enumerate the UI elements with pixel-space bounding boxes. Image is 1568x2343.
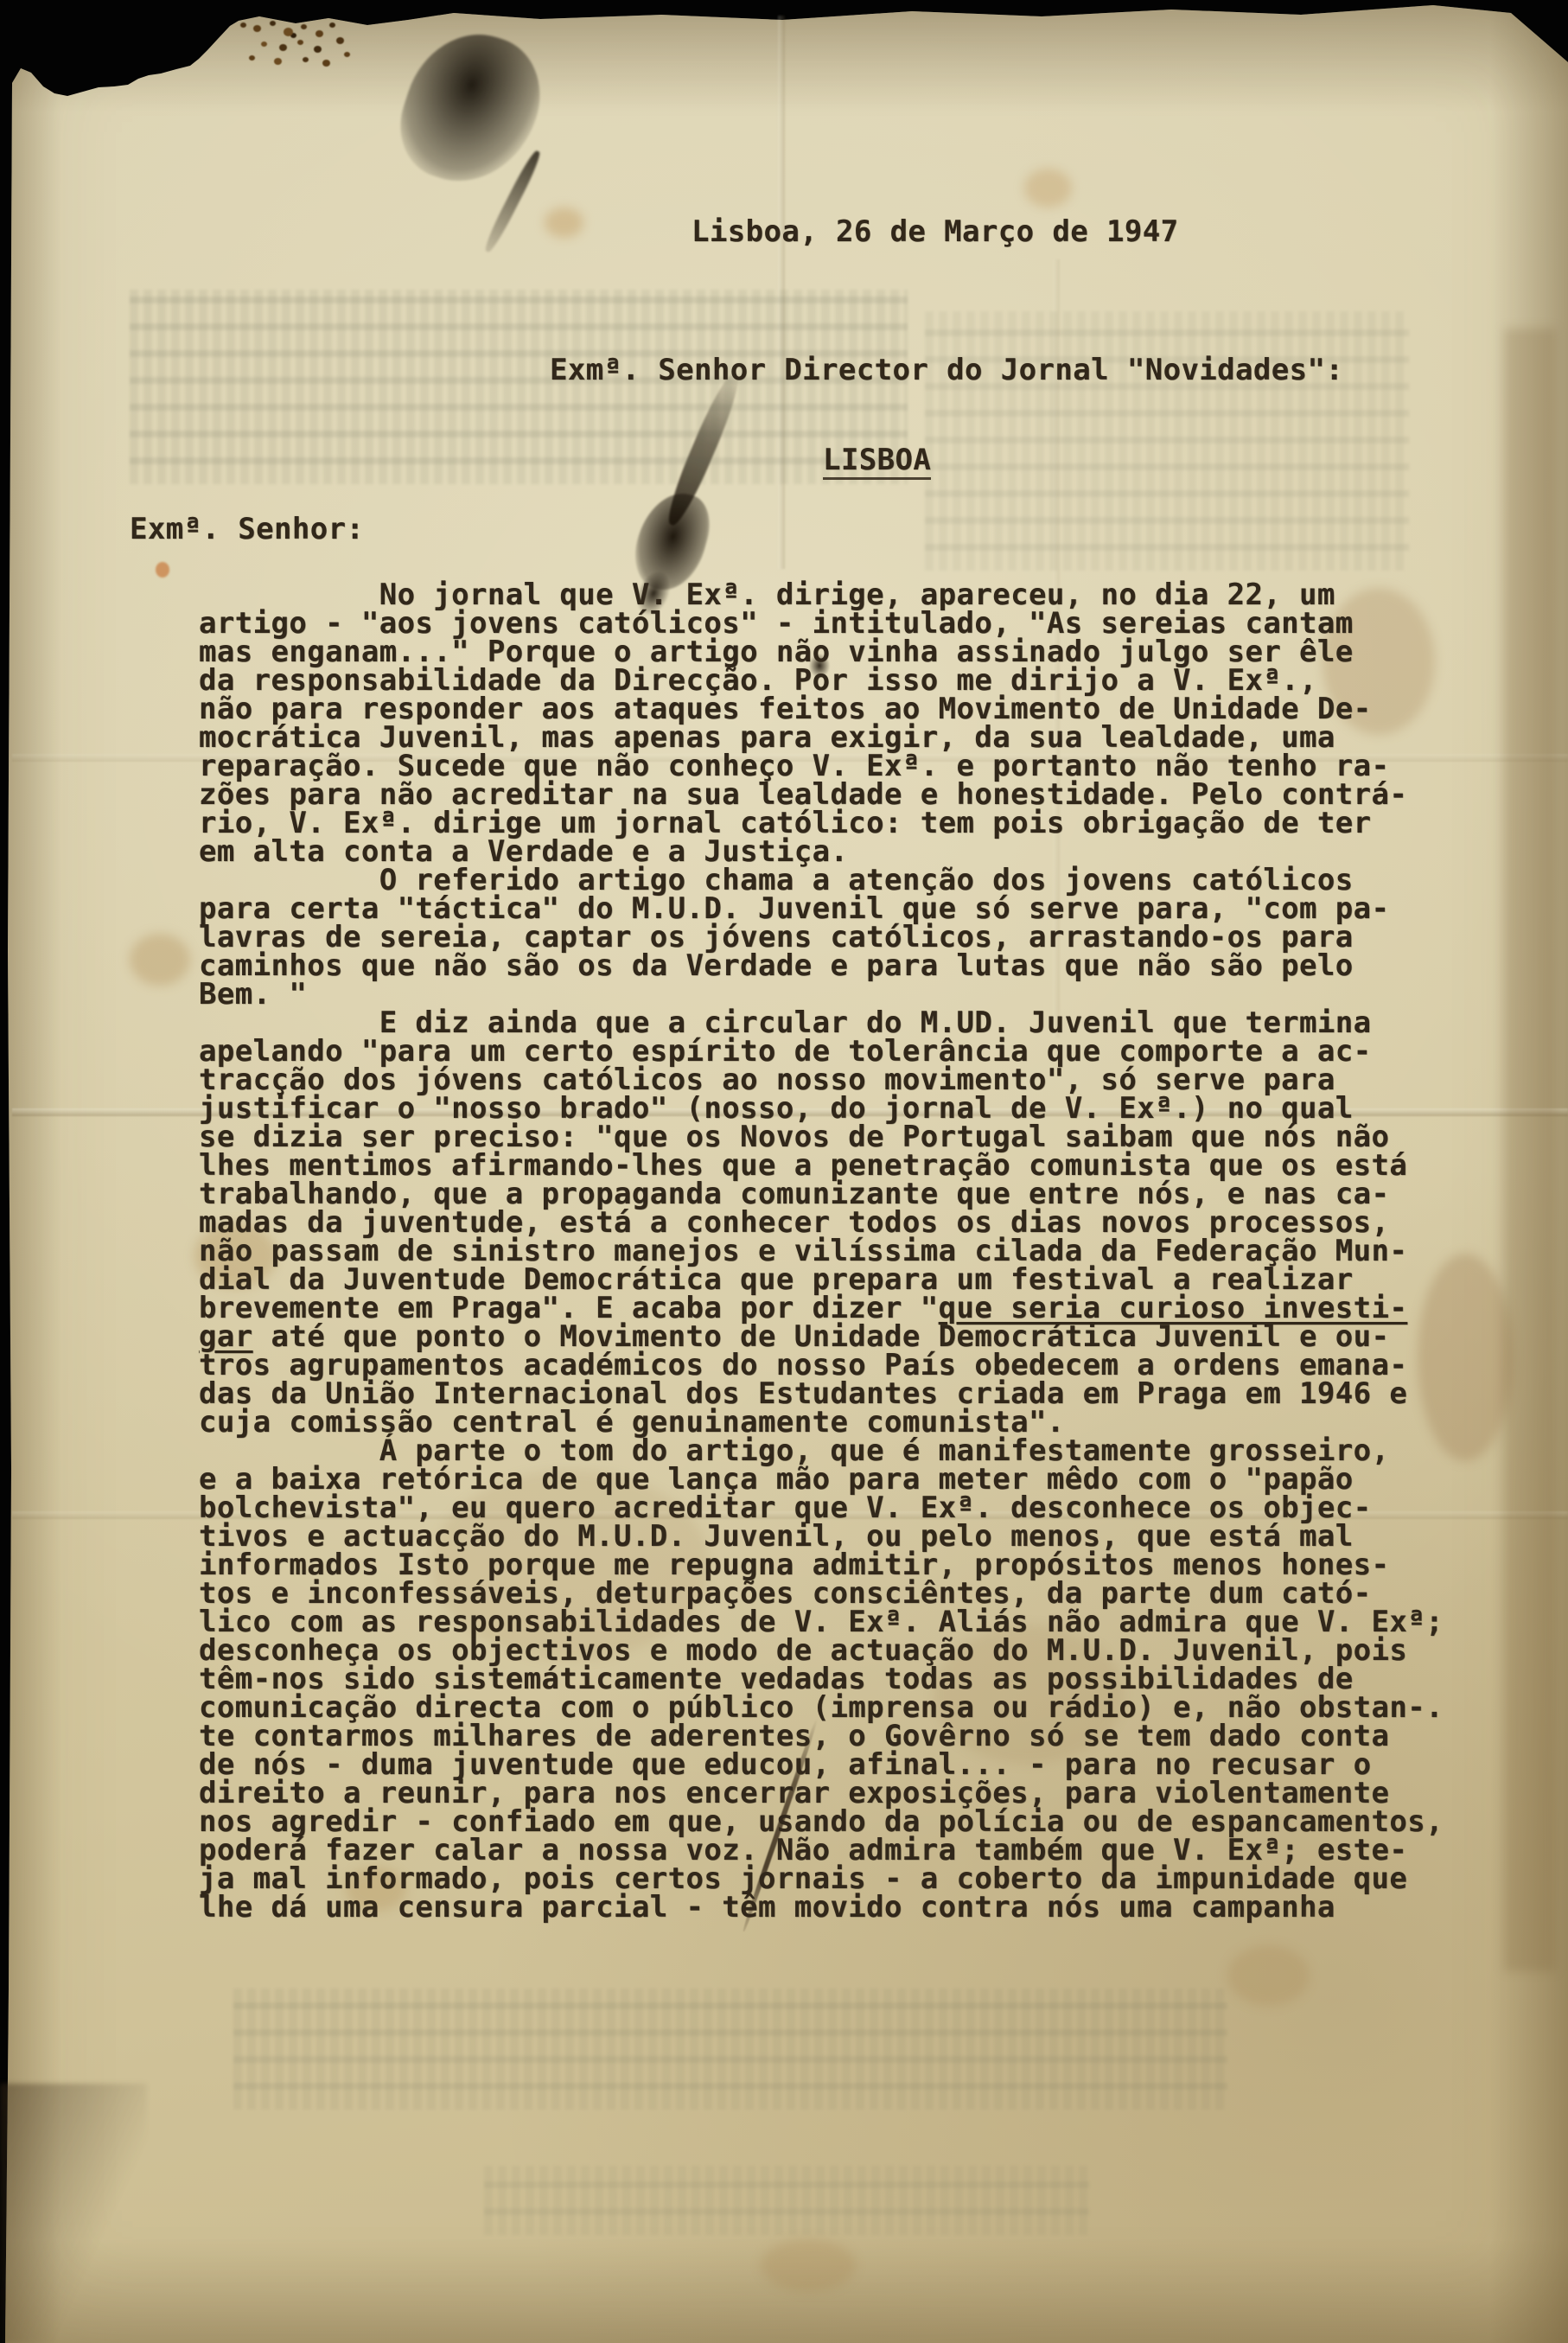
- date-line: Lisboa, 26 de Março de 1947: [692, 218, 1178, 246]
- paragraph: O referido artigo chama a atenção dos jo…: [199, 866, 1469, 1009]
- paragraph: No jornal que V. Exª. dirige, apareceu, …: [199, 581, 1469, 866]
- recipient-city: LISBOA: [823, 446, 931, 480]
- salutation: Exmª. Senhor:: [130, 515, 364, 544]
- letter-line: caminhos que não são os da Verdade e par…: [199, 952, 1469, 980]
- letter-body: No jornal que V. Exª. dirige, apareceu, …: [199, 581, 1469, 1922]
- letter-line: lhe dá uma censura parcial - têm movido …: [199, 1893, 1469, 1922]
- paragraph: E diz ainda que a circular do M.UD. Juve…: [199, 1009, 1469, 1437]
- paragraph: Á parte o tom do artigo, que é manifesta…: [199, 1437, 1469, 1922]
- recipient-line: Exmª. Senhor Director do Jornal "Novidad…: [550, 356, 1343, 385]
- scanned-letter-photo: Lisboa, 26 de Março de 1947 Exmª. Senhor…: [0, 0, 1568, 2343]
